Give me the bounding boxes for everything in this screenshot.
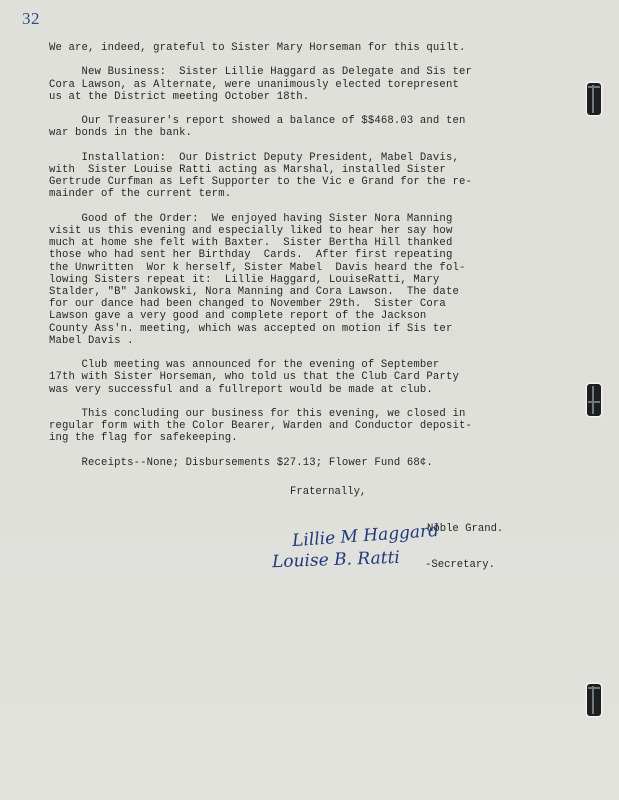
text-line: We are, indeed, grateful to Sister Mary … — [49, 42, 465, 54]
paragraph-installation: Installation: Our District Deputy Presid… — [49, 152, 569, 201]
secretary-signature: Louise B. Ratti — [272, 548, 400, 572]
text-line: war bonds in the bank. — [49, 127, 192, 139]
closing-fraternally: Fraternally, — [290, 486, 366, 498]
text-line: regular form with the Color Bearer, Ward… — [49, 420, 472, 432]
paragraph-closing-business: This concluding our business for this ev… — [49, 408, 569, 445]
text-line: us at the District meeting October 18th. — [49, 91, 309, 103]
text-line: Stalder, "B" Jankowski, Nora Manning and… — [49, 286, 459, 298]
paragraph-treasurer: Our Treasurer's report showed a balance … — [49, 115, 569, 139]
paragraph-quilt: We are, indeed, grateful to Sister Mary … — [49, 42, 569, 54]
text-line: Receipts--None; Disbursements $27.13; Fl… — [49, 457, 433, 469]
text-line: for our dance had been changed to Novemb… — [49, 298, 446, 310]
text-line: Cora Lawson, as Alternate, were unanimou… — [49, 79, 459, 91]
text-line: Our Treasurer's report showed a balance … — [49, 115, 465, 127]
secretary-title: -Secretary. — [425, 559, 495, 571]
text-line: mainder of the current term. — [49, 188, 231, 200]
text-line: much at home she felt with Baxter. Siste… — [49, 237, 452, 249]
paragraph-good-of-order: Good of the Order: We enjoyed having Sis… — [49, 213, 569, 347]
text-line: Gertrude Curfman as Left Supporter to th… — [49, 176, 472, 188]
text-line: 17th with Sister Horseman, who told us t… — [49, 371, 459, 383]
text-line: Lawson gave a very good and complete rep… — [49, 310, 426, 322]
minutes-body: We are, indeed, grateful to Sister Mary … — [49, 42, 569, 481]
binder-hole-icon — [587, 83, 601, 115]
text-line: visit us this evening and especially lik… — [49, 225, 452, 237]
binder-hole-icon — [587, 384, 601, 416]
text-line: with Sister Louise Ratti acting as Marsh… — [49, 164, 446, 176]
paragraph-receipts: Receipts--None; Disbursements $27.13; Fl… — [49, 457, 569, 469]
text-line: those who had sent her Birthday Cards. A… — [49, 249, 452, 261]
binder-hole-icon — [587, 684, 601, 716]
text-line: New Business: Sister Lillie Haggard as D… — [49, 66, 472, 78]
noble-grand-signature: Lillie M Haggard — [291, 521, 439, 551]
text-line: Good of the Order: We enjoyed having Sis… — [49, 213, 452, 225]
paragraph-club-meeting: Club meeting was announced for the eveni… — [49, 359, 569, 396]
text-line: This concluding our business for this ev… — [49, 408, 465, 420]
paragraph-new-business: New Business: Sister Lillie Haggard as D… — [49, 66, 569, 103]
text-line: Installation: Our District Deputy Presid… — [49, 152, 459, 164]
text-line: Mabel Davis . — [49, 335, 134, 347]
text-line: the Unwritten Wor k herself, Sister Mabe… — [49, 262, 465, 274]
page-number: 32 — [22, 9, 40, 29]
text-line: Club meeting was announced for the eveni… — [49, 359, 439, 371]
document-page: 32 We are, indeed, grateful to Sister Ma… — [0, 0, 619, 800]
text-line: was very successful and a fullreport wou… — [49, 384, 433, 396]
text-line: lowing Sisters repeat it: Lillie Haggard… — [49, 274, 439, 286]
text-line: County Ass'n. meeting, which was accepte… — [49, 323, 452, 335]
text-line: ing the flag for safekeeping. — [49, 432, 238, 444]
